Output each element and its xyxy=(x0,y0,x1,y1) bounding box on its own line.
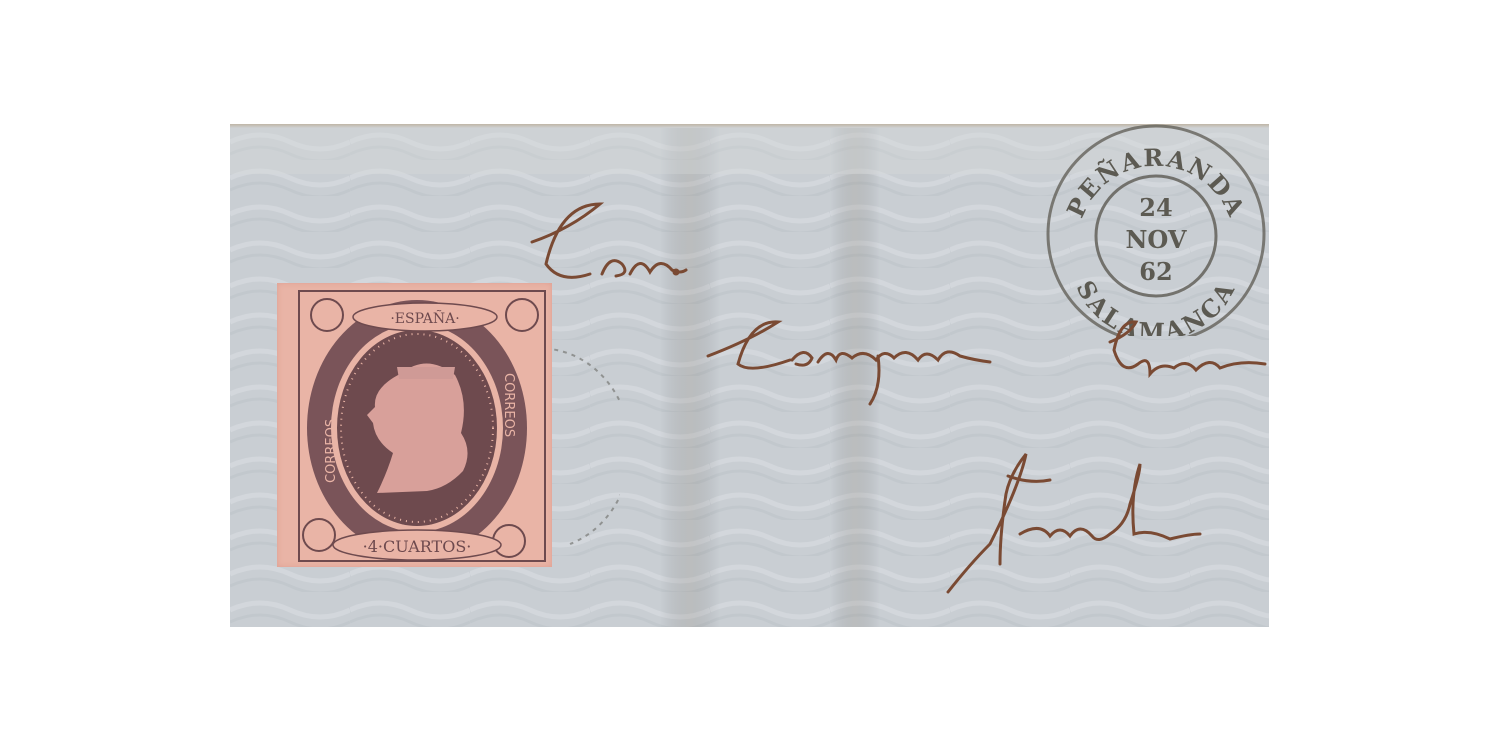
postal-cover: ·ESPAÑA· ·4·CUARTOS· CORREOS CORREOS PEÑ… xyxy=(230,124,1269,627)
stamp-right-label: CORREOS xyxy=(501,373,516,437)
postage-stamp-4-cuartos: ·ESPAÑA· ·4·CUARTOS· CORREOS CORREOS xyxy=(277,283,552,567)
stamp-left-label: CORREOS xyxy=(324,419,339,483)
peñaranda-postmark: PEÑARANDA SALAMANCA 24 NOV 62 xyxy=(1038,124,1269,336)
postmark-day: 24 xyxy=(1139,193,1172,222)
stamp-country-text: ·ESPAÑA· xyxy=(390,309,459,327)
stamp-design: ·ESPAÑA· ·4·CUARTOS· CORREOS CORREOS xyxy=(277,283,552,567)
stamp-value-text: ·4·CUARTOS· xyxy=(363,537,472,556)
postmark-year: 62 xyxy=(1139,257,1172,286)
postmark-month: NOV xyxy=(1125,225,1186,254)
